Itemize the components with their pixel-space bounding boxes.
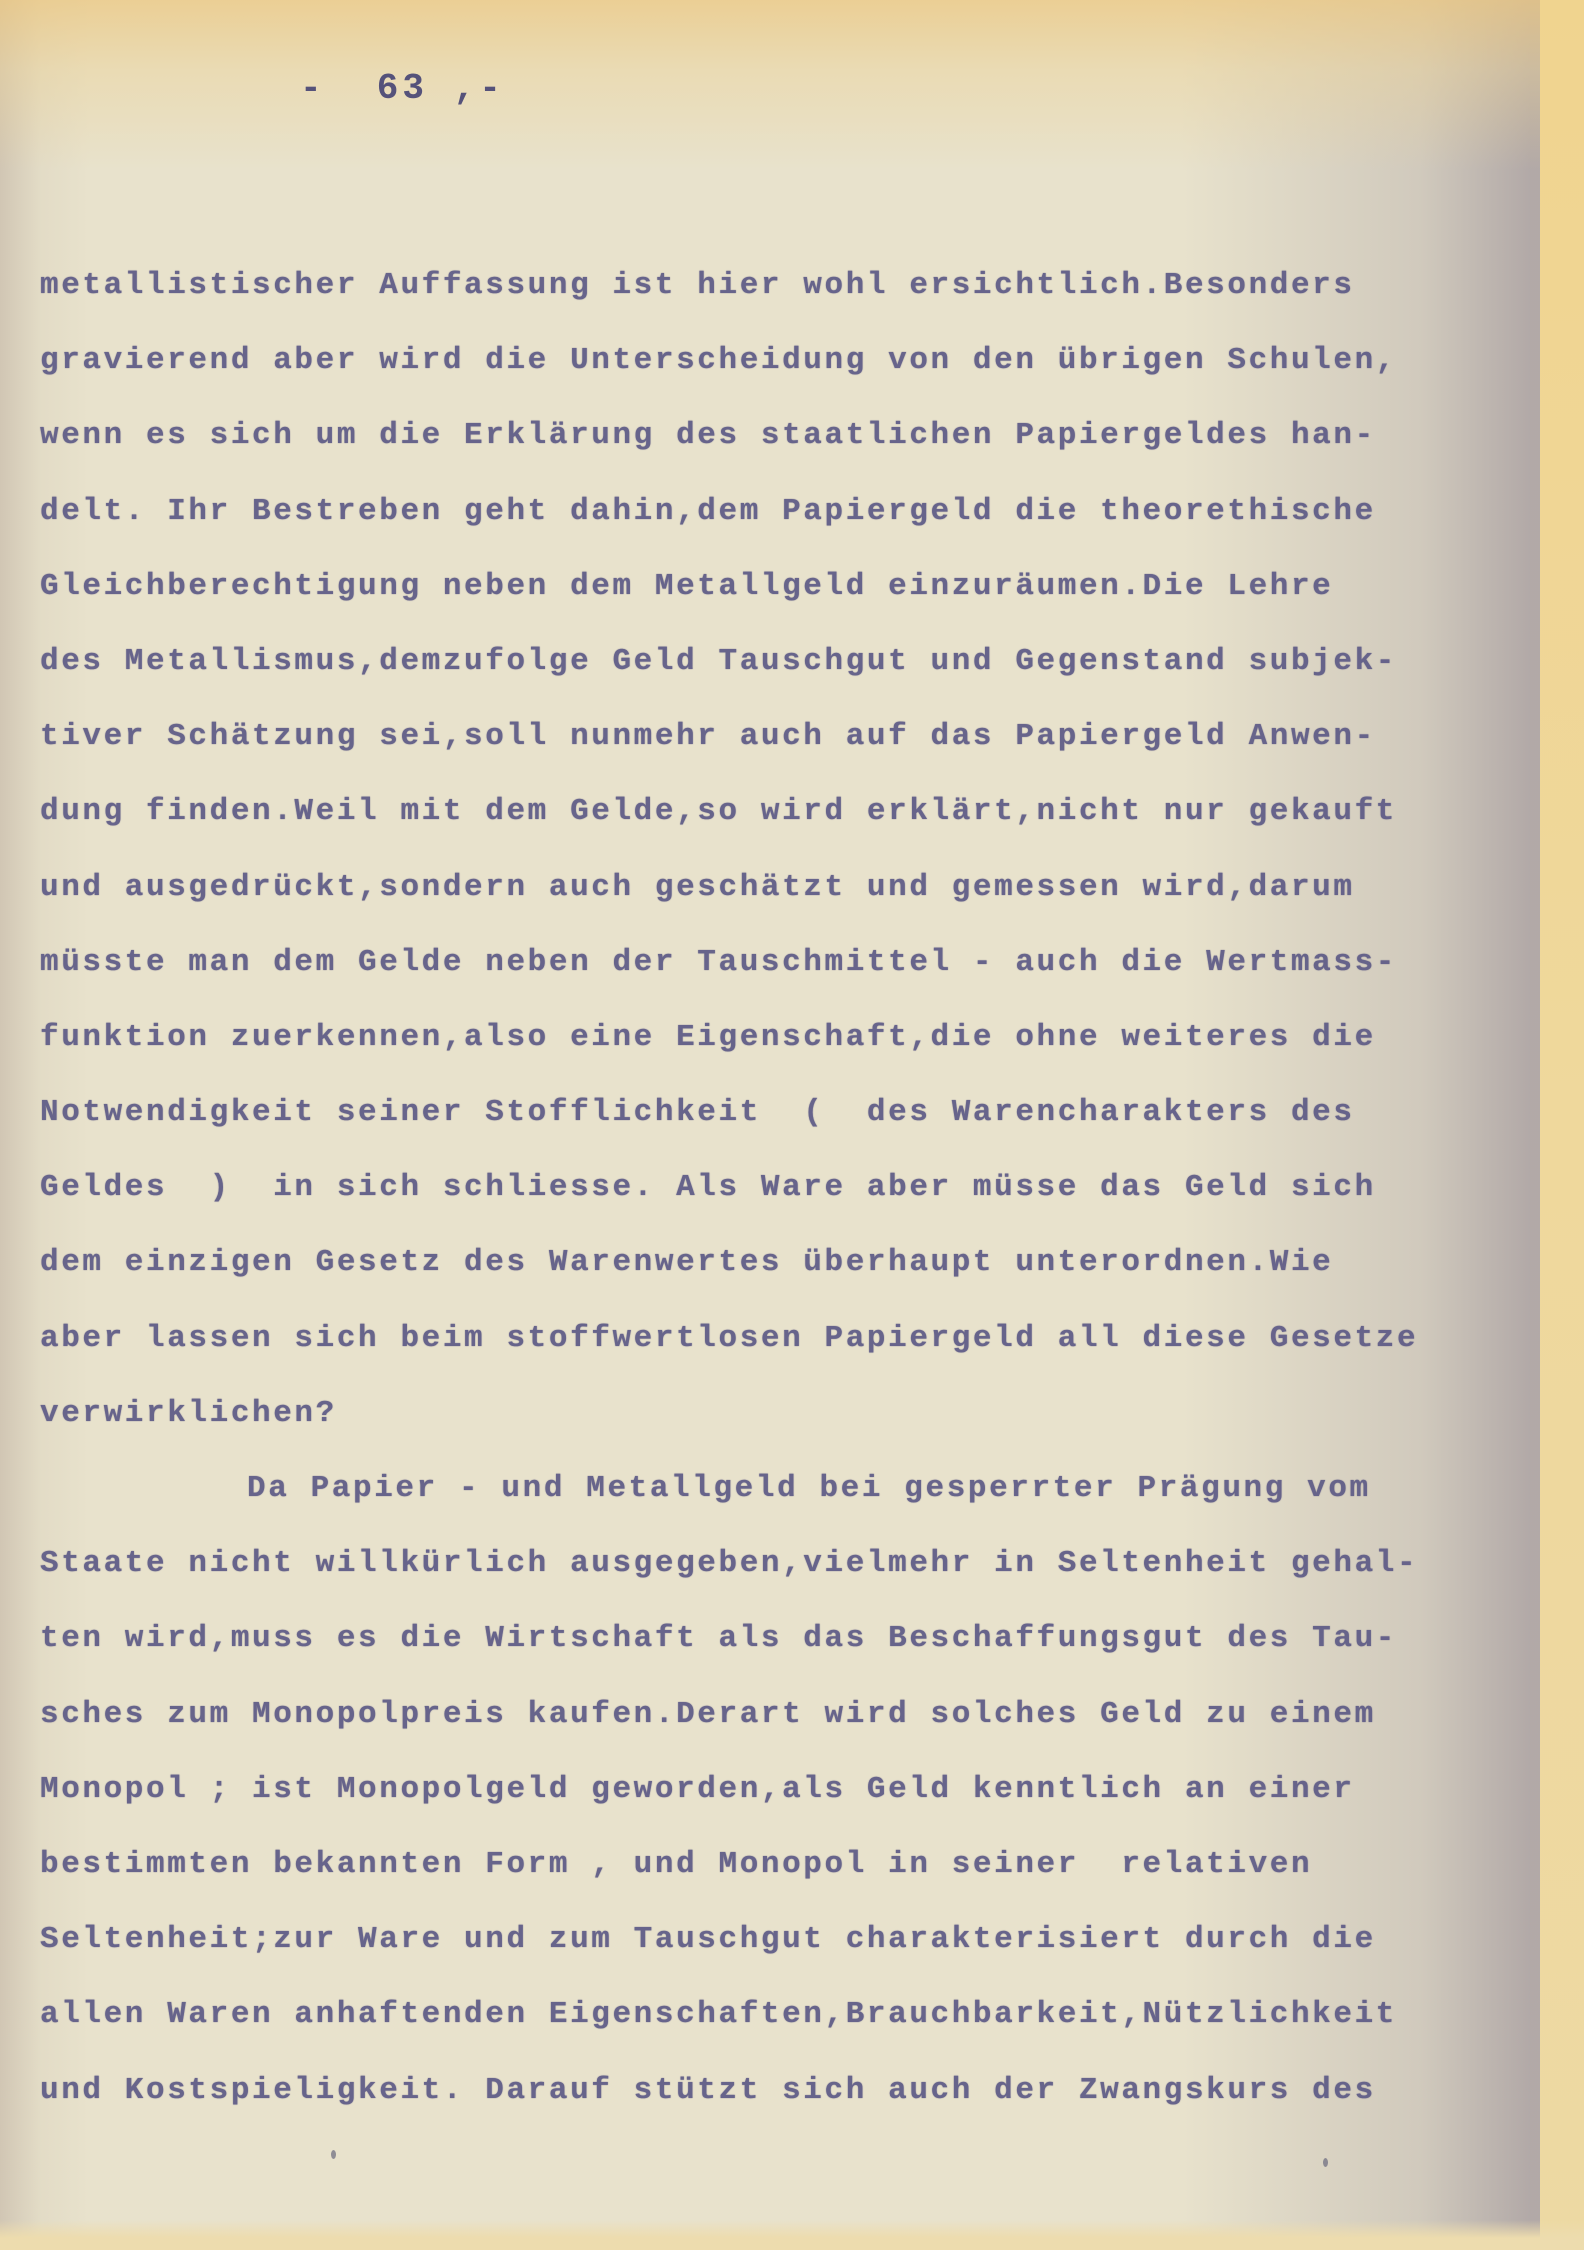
text-line: delt. Ihr Bestreben geht dahin,dem Papie… [40, 494, 1540, 569]
text-line: verwirklichen? [40, 1396, 1540, 1471]
text-line: tiver Schätzung sei,soll nunmehr auch au… [40, 719, 1540, 794]
body-text: metallistischer Auffassung ist hier wohl… [40, 268, 1540, 2148]
text-line: wenn es sich um die Erklärung des staatl… [40, 418, 1540, 493]
text-line: sches zum Monopolpreis kaufen.Derart wir… [40, 1697, 1540, 1772]
text-line: aber lassen sich beim stoffwertlosen Pap… [40, 1321, 1540, 1396]
ink-speck [331, 2150, 336, 2159]
page-bottom-edge [0, 2220, 1584, 2250]
ink-speck [1323, 2158, 1328, 2167]
text-line: Monopol ; ist Monopolgeld geworden,als G… [40, 1772, 1540, 1847]
text-line: dem einzigen Gesetz des Warenwertes über… [40, 1245, 1540, 1320]
text-line: und Kostspieligkeit. Darauf stützt sich … [40, 2073, 1540, 2148]
page-number: - 63 ,- [300, 68, 505, 109]
text-line: bestimmten bekannten Form , und Monopol … [40, 1847, 1540, 1922]
text-line: und ausgedrückt,sondern auch geschätzt u… [40, 870, 1540, 945]
text-line: müsste man dem Gelde neben der Tauschmit… [40, 945, 1540, 1020]
text-line: Seltenheit;zur Ware und zum Tauschgut ch… [40, 1922, 1540, 1997]
typewritten-page: - 63 ,- metallistischer Auffassung ist h… [0, 0, 1584, 2250]
text-line: allen Waren anhaftenden Eigenschaften,Br… [40, 1997, 1540, 2072]
text-line: funktion zuerkennen,also eine Eigenschaf… [40, 1020, 1540, 1095]
text-line: Gleichberechtigung neben dem Metallgeld … [40, 569, 1540, 644]
text-line: Geldes ) in sich schliesse. Als Ware abe… [40, 1170, 1540, 1245]
text-line: dung finden.Weil mit dem Gelde,so wird e… [40, 794, 1540, 869]
text-line: des Metallismus,demzufolge Geld Tauschgu… [40, 644, 1540, 719]
text-line: ten wird,muss es die Wirtschaft als das … [40, 1621, 1540, 1696]
paragraph-first-line: Da Papier - und Metallgeld bei gesperrte… [40, 1471, 1540, 1546]
page-edge-margin [1540, 0, 1584, 2250]
text-line: Notwendigkeit seiner Stofflichkeit ( des… [40, 1095, 1540, 1170]
text-line: gravierend aber wird die Unterscheidung … [40, 343, 1540, 418]
text-line: Staate nicht willkürlich ausgegeben,viel… [40, 1546, 1540, 1621]
text-line: metallistischer Auffassung ist hier wohl… [40, 268, 1540, 343]
